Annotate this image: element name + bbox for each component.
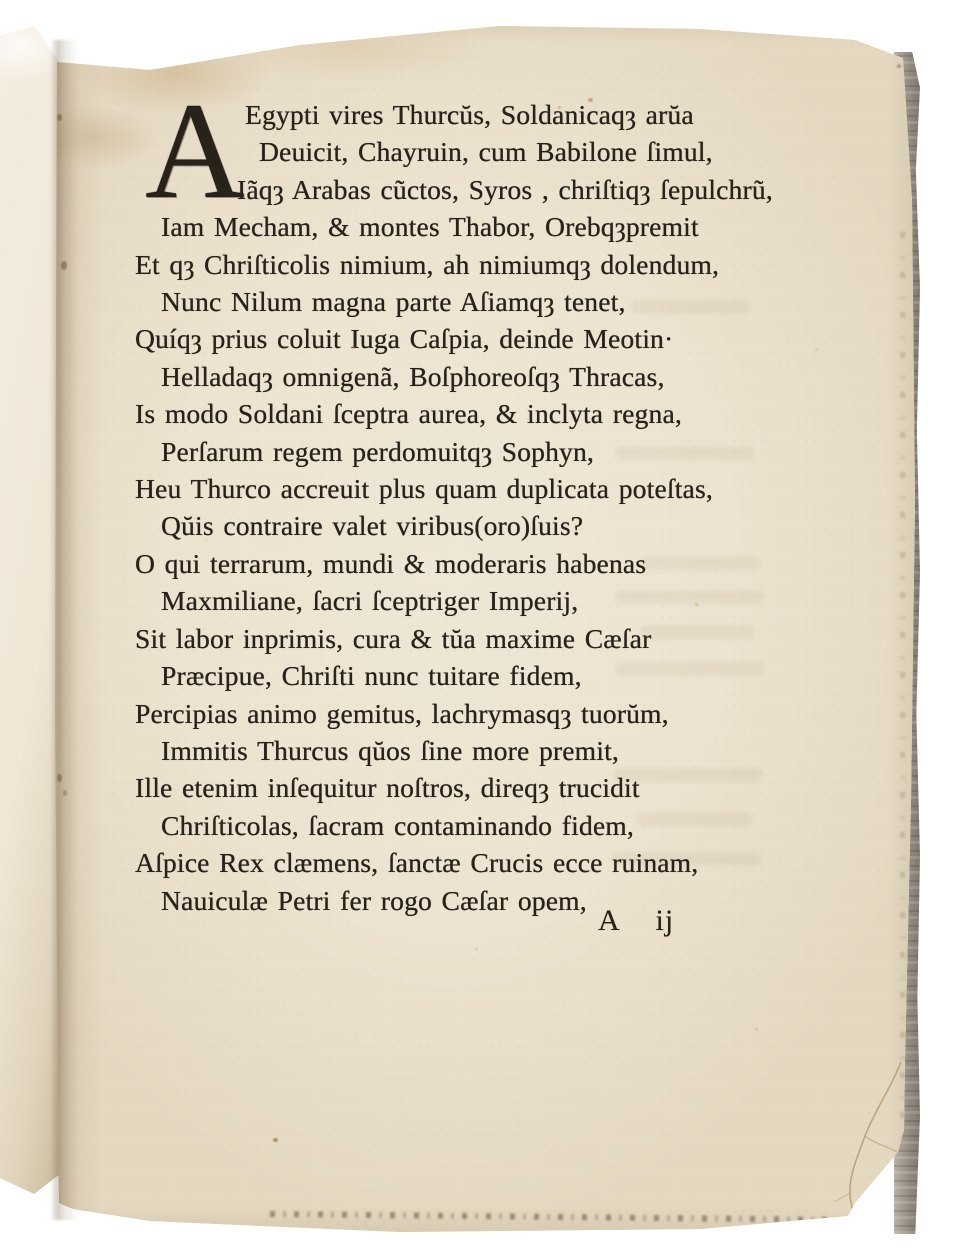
poem-line: O qui terrarum, mundi & moderaris habena… — [135, 545, 903, 582]
poem-line: Nauiculæ Petri fer rogo Cæſar opem, — [161, 882, 903, 919]
poem-line: Immitis Thurcus qŭos ſine more premit, — [161, 732, 903, 769]
poem-line: Sit labor inprimis, cura & tŭa maxime Cæ… — [135, 620, 903, 657]
gutter-shadow — [50, 40, 78, 1220]
fox-spot — [588, 98, 593, 102]
fox-spot — [475, 948, 478, 951]
book-photograph: A Egypti vires Thurcŭs, Soldanicaqȝ arŭa… — [0, 0, 962, 1260]
poem-line: Percipias animo gemitus, lachrymasqȝ tuo… — [135, 695, 903, 732]
poem-text-block: A Egypti vires Thurcŭs, Soldanicaqȝ arŭa… — [135, 96, 903, 919]
fox-spot — [897, 64, 901, 68]
fore-edge-wear — [900, 228, 905, 1158]
poem-line: Maxmiliane, ſacri ſceptriger Imperij, — [161, 582, 903, 619]
poem-line: Heu Thurco accreuit plus quam duplicata … — [135, 470, 903, 507]
poem-line: Helladaqȝ omnigenã, Boſphoreoſqȝ Thracas… — [161, 358, 903, 395]
poem-line: Aſpice Rex clæmens, ſanctæ Crucis ecce r… — [135, 844, 903, 881]
signature-mark: A ij — [598, 904, 674, 938]
poem-line: Qŭis contraire valet viribus(oro)ſuis? — [161, 507, 903, 544]
book-page: A Egypti vires Thurcŭs, Soldanicaqȝ arŭa… — [55, 18, 917, 1236]
poem-line: Chriſticolas, ſacram contaminando fidem, — [161, 807, 903, 844]
deckle-edge — [270, 1211, 852, 1223]
fox-spot — [815, 348, 818, 351]
fox-spot — [755, 1028, 758, 1031]
fox-spot — [351, 346, 355, 349]
poem-line: Is modo Soldani ſceptra aurea, & inclyta… — [135, 395, 903, 432]
fox-spot — [205, 538, 208, 541]
poem-line: Perſarum regem perdomuitqȝ Sophyn, — [161, 433, 903, 470]
poem-line: Et qȝ Chriſticolis nimium, ah nimiumqȝ d… — [135, 246, 903, 283]
poem-line: Ille etenim inſequitur noſtros, direqȝ t… — [135, 769, 903, 806]
poem-line: Iam Mecham, & montes Thabor, Orebqȝpremi… — [161, 208, 903, 245]
fox-spot — [273, 1138, 278, 1142]
poem-line: Præcipue, Chriſti nunc tuitare fidem, — [161, 657, 903, 694]
poem-line: Egypti vires Thurcŭs, Soldanicaqȝ arŭa — [135, 96, 903, 133]
poem-line: Nunc Nilum magna parte Aſiamqȝ tenet, — [161, 283, 903, 320]
poem-line: Quíqȝ prius coluit Iuga Caſpia, deinde M… — [135, 320, 903, 357]
poem-line: Iãqȝ Arabas cũctos, Syros , chriſtiqȝ ſe… — [135, 171, 903, 208]
poem-line: Deuicit, Chayruin, cum Babilone ſimul, — [135, 133, 903, 170]
fox-spot — [695, 603, 698, 606]
fox-spot — [558, 106, 561, 109]
drop-cap-initial: A — [145, 102, 233, 200]
